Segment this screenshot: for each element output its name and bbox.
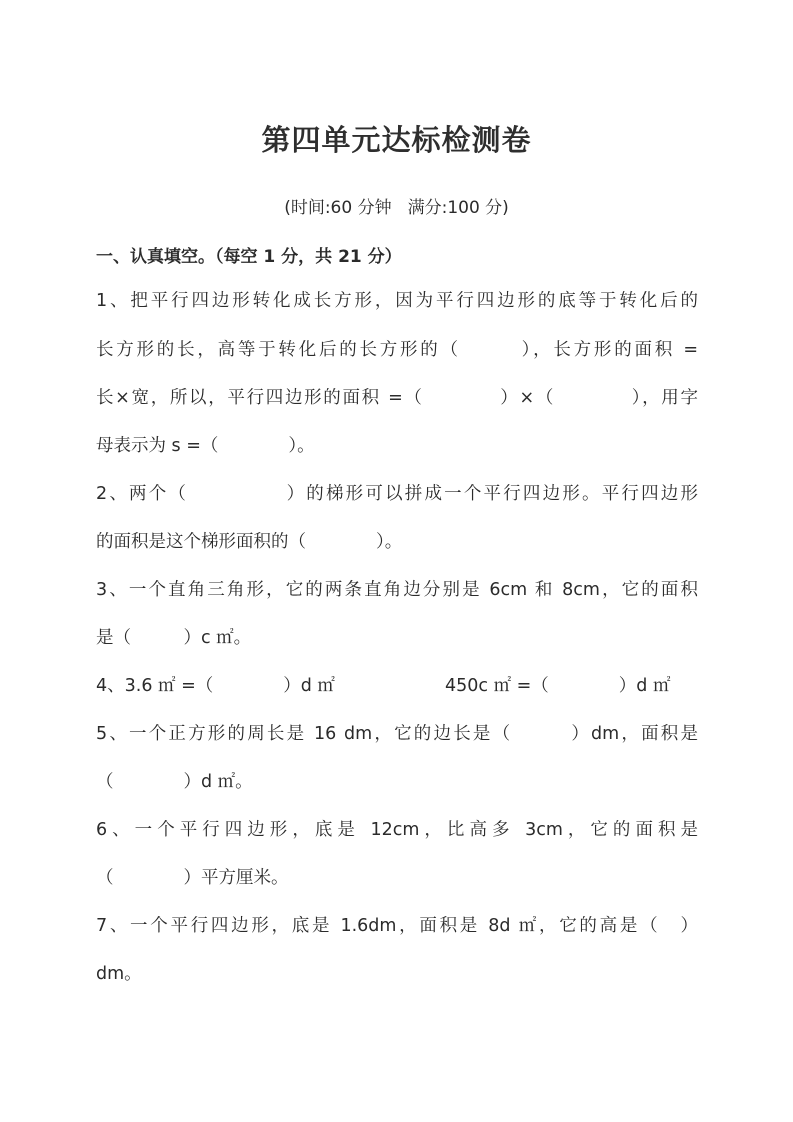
question-6-line-2: （ ）平方厘米。: [96, 865, 698, 891]
question-3-line-1: 3、一个直角三角形，它的两条直角边分别是 6cm 和 8cm，它的面积: [96, 577, 698, 603]
question-7-line-1: 7、一个平行四边形，底是 1.6dm，面积是 8d ㎡，它的高是（ ）: [96, 913, 698, 939]
question-7-line-2: dm。: [96, 961, 698, 987]
question-6-line-1: 6、一个平行四边形，底是 12cm，比高多 3cm，它的面积是: [96, 817, 698, 843]
question-2-line-1: 2、两个（ ）的梯形可以拼成一个平行四边形。平行四边形: [96, 481, 698, 507]
question-5-line-1: 5、一个正方形的周长是 16 dm，它的边长是（ ）dm，面积是: [96, 721, 698, 747]
question-1-line-1: 1、把平行四边形转化成长方形，因为平行四边形的底等于转化后的: [96, 288, 698, 314]
question-4-part-a: 4、3.6 ㎡ =（ ）d ㎡: [96, 673, 356, 699]
question-2-line-2: 的面积是这个梯形面积的（ ）。: [96, 529, 698, 555]
section-heading: 一、认真填空。（每空 1 分，共 21 分）: [96, 242, 402, 267]
question-4-part-b: 450c ㎡ =（ ）d ㎡: [445, 673, 695, 699]
question-3-line-2: 是（ ）c ㎡。: [96, 625, 698, 651]
question-1-line-2: 长方形的长，高等于转化后的长方形的（ ），长方形的面积 =: [96, 337, 698, 363]
question-1-line-3: 长×宽，所以，平行四边形的面积 =（ ）×（ ），用字: [96, 385, 698, 411]
exam-info: (时间:60 分钟满分:100 分): [0, 193, 793, 218]
page-title: 第四单元达标检测卷: [0, 118, 793, 159]
question-5-line-2: （ ）d ㎡。: [96, 769, 698, 795]
question-1-line-4: 母表示为 s =（ ）。: [96, 433, 698, 459]
full-score: 满分:100 分): [408, 198, 509, 218]
time-limit: (时间:60 分钟: [284, 198, 391, 218]
